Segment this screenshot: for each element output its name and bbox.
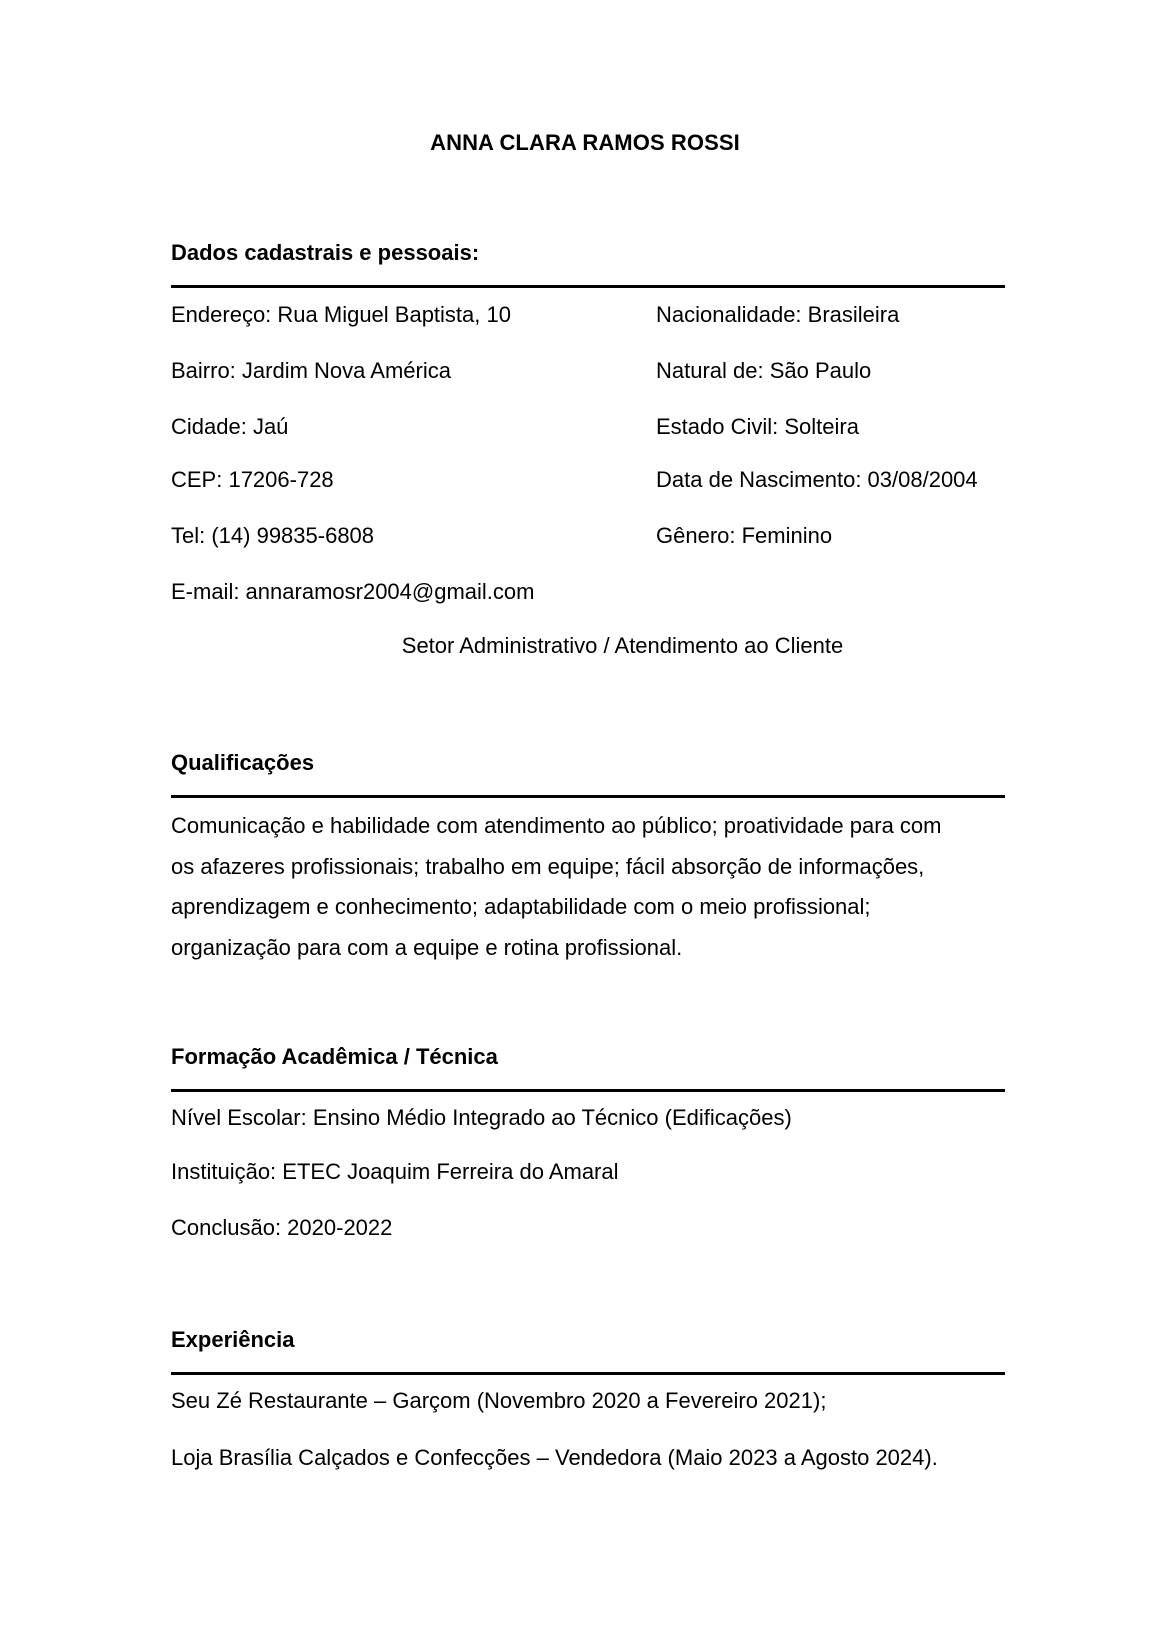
address-field: Endereço: Rua Miguel Baptista, 10 xyxy=(171,302,511,328)
experience-item: Loja Brasília Calçados e Confecções – Ve… xyxy=(171,1445,938,1471)
experience-heading: Experiência xyxy=(171,1327,295,1353)
institution-field: Instituição: ETEC Joaquim Ferreira do Am… xyxy=(171,1159,619,1185)
phone-field: Tel: (14) 99835-6808 xyxy=(171,523,374,549)
neighborhood-field: Bairro: Jardim Nova América xyxy=(171,358,451,384)
nationality-field: Nacionalidade: Brasileira xyxy=(656,302,899,328)
qualifications-text: Comunicação e habilidade com atendimento… xyxy=(171,806,1011,968)
section-divider xyxy=(171,795,1005,798)
marital-status-field: Estado Civil: Solteira xyxy=(656,414,859,440)
resume-name: ANNA CLARA RAMOS ROSSI xyxy=(0,130,1170,156)
experience-item: Seu Zé Restaurante – Garçom (Novembro 20… xyxy=(171,1388,826,1414)
section-divider xyxy=(171,285,1005,288)
personal-data-heading: Dados cadastrais e pessoais: xyxy=(171,240,479,266)
qualifications-line: aprendizagem e conhecimento; adaptabilid… xyxy=(171,887,1011,928)
education-heading: Formação Acadêmica / Técnica xyxy=(171,1044,498,1070)
birthplace-field: Natural de: São Paulo xyxy=(656,358,871,384)
resume-page: ANNA CLARA RAMOS ROSSI Dados cadastrais … xyxy=(0,0,1170,1629)
city-field: Cidade: Jaú xyxy=(171,414,288,440)
career-objective: Setor Administrativo / Atendimento ao Cl… xyxy=(0,633,1170,659)
email-field: E-mail: annaramosr2004@gmail.com xyxy=(171,579,534,605)
qualifications-line: Comunicação e habilidade com atendimento… xyxy=(171,806,1011,847)
education-level-field: Nível Escolar: Ensino Médio Integrado ao… xyxy=(171,1105,792,1131)
section-divider xyxy=(171,1372,1005,1375)
qualifications-line: organização para com a equipe e rotina p… xyxy=(171,928,1011,969)
birth-date-field: Data de Nascimento: 03/08/2004 xyxy=(656,467,978,493)
completion-field: Conclusão: 2020-2022 xyxy=(171,1215,392,1241)
gender-field: Gênero: Feminino xyxy=(656,523,832,549)
zip-code-field: CEP: 17206-728 xyxy=(171,467,334,493)
qualifications-line: os afazeres profissionais; trabalho em e… xyxy=(171,847,1011,888)
qualifications-heading: Qualificações xyxy=(171,750,314,776)
section-divider xyxy=(171,1089,1005,1092)
